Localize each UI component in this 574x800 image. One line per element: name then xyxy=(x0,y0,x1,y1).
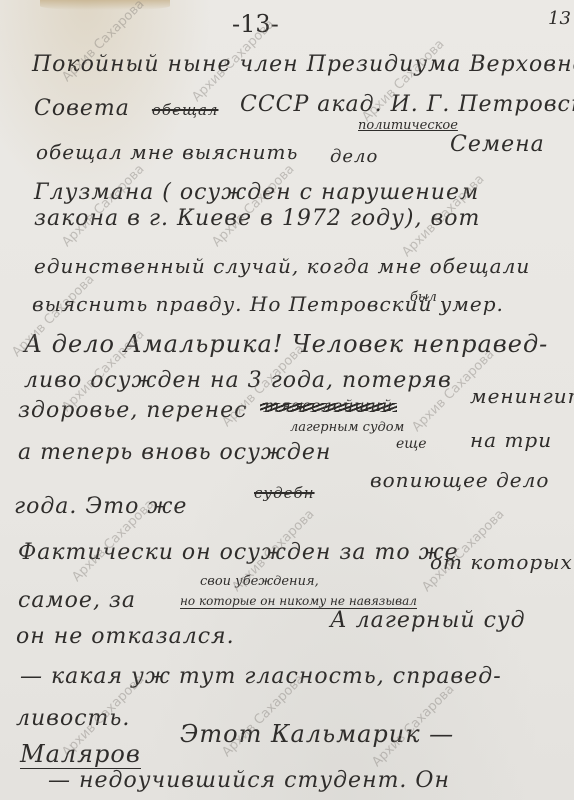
text-line-2b: СССР акад. И. Г. Петровский xyxy=(240,92,574,117)
text-line-12a: года. Это же xyxy=(14,494,187,519)
insert-lagernym-sudom: лагерным судом xyxy=(290,420,404,435)
text-line-6: единственный случай, когда мне обещали xyxy=(34,254,530,278)
insert-svoi-ubezhdeniya: свои убеждения, xyxy=(200,574,319,589)
text-line-16: — какая уж тут гласность, справед- xyxy=(20,664,502,689)
text-line-1: Покойный ныне член Президиума Верховного xyxy=(32,52,574,77)
scribbled-word: тяжелейший xyxy=(264,396,393,415)
text-line-9: ливо осужден на 3 года, потеряв xyxy=(24,368,452,393)
text-line-8: А дело Амальрика! Человек неправед- xyxy=(24,330,548,358)
text-line-11a: а теперь вновь осужден xyxy=(18,440,331,465)
text-etot-kalmarik: Этот Кальмарик — xyxy=(180,720,454,748)
torn-paper-edge xyxy=(40,0,170,10)
struck-word-sudebn-wrap: судебн xyxy=(254,484,315,502)
page-number-center: -13- xyxy=(232,10,279,38)
text-line-4: Глузмана ( осужден с нарушением xyxy=(34,180,479,205)
text-line-14a: самое, за xyxy=(18,588,136,613)
text-lagerny-sud: А лагерный суд xyxy=(330,608,526,633)
text-delo: дело xyxy=(330,146,378,167)
document-page: -13- 13 Покойный ныне член Президиума Ве… xyxy=(0,0,574,800)
insert-kotorye-navyazyval: но которые он никому не навязывал xyxy=(180,594,417,609)
text-semena: Семена xyxy=(450,132,545,157)
text-sovet: Совета xyxy=(34,96,130,121)
text-line-2a: Совета обещал xyxy=(34,96,218,121)
insert-byl: был xyxy=(410,290,437,305)
text-malyarov: Маляров xyxy=(20,740,141,769)
page-number-corner: 13 xyxy=(548,8,571,29)
text-na-tri: на три xyxy=(470,428,552,452)
text-meningit: менингит, xyxy=(470,384,574,408)
text-line-5: закона в г. Киеве в 1972 году), вот xyxy=(34,206,480,231)
text-line-10a: здоровье, перенес xyxy=(18,398,247,423)
struck-word-sudebn: судебн xyxy=(254,484,315,502)
insert-above-delo: политическое xyxy=(358,118,458,133)
insert-eshche: еще xyxy=(396,436,427,452)
text-line-13: Фактически он осужден за то же xyxy=(18,540,459,565)
text-line-3a: обещал мне выяснить xyxy=(36,140,298,164)
text-line-15a: он не отказался. xyxy=(16,624,235,649)
text-ot-kotorykh: от которых xyxy=(430,550,573,574)
struck-word-obeshal: обещал xyxy=(152,101,219,119)
text-vopiyushchee: вопиющее дело xyxy=(370,468,549,492)
struck-word-tyazheleyshiy: тяжелейший xyxy=(264,396,393,415)
text-line-19: — недоучившийся студент. Он xyxy=(48,768,450,793)
text-line-17: ливость. xyxy=(16,706,130,731)
